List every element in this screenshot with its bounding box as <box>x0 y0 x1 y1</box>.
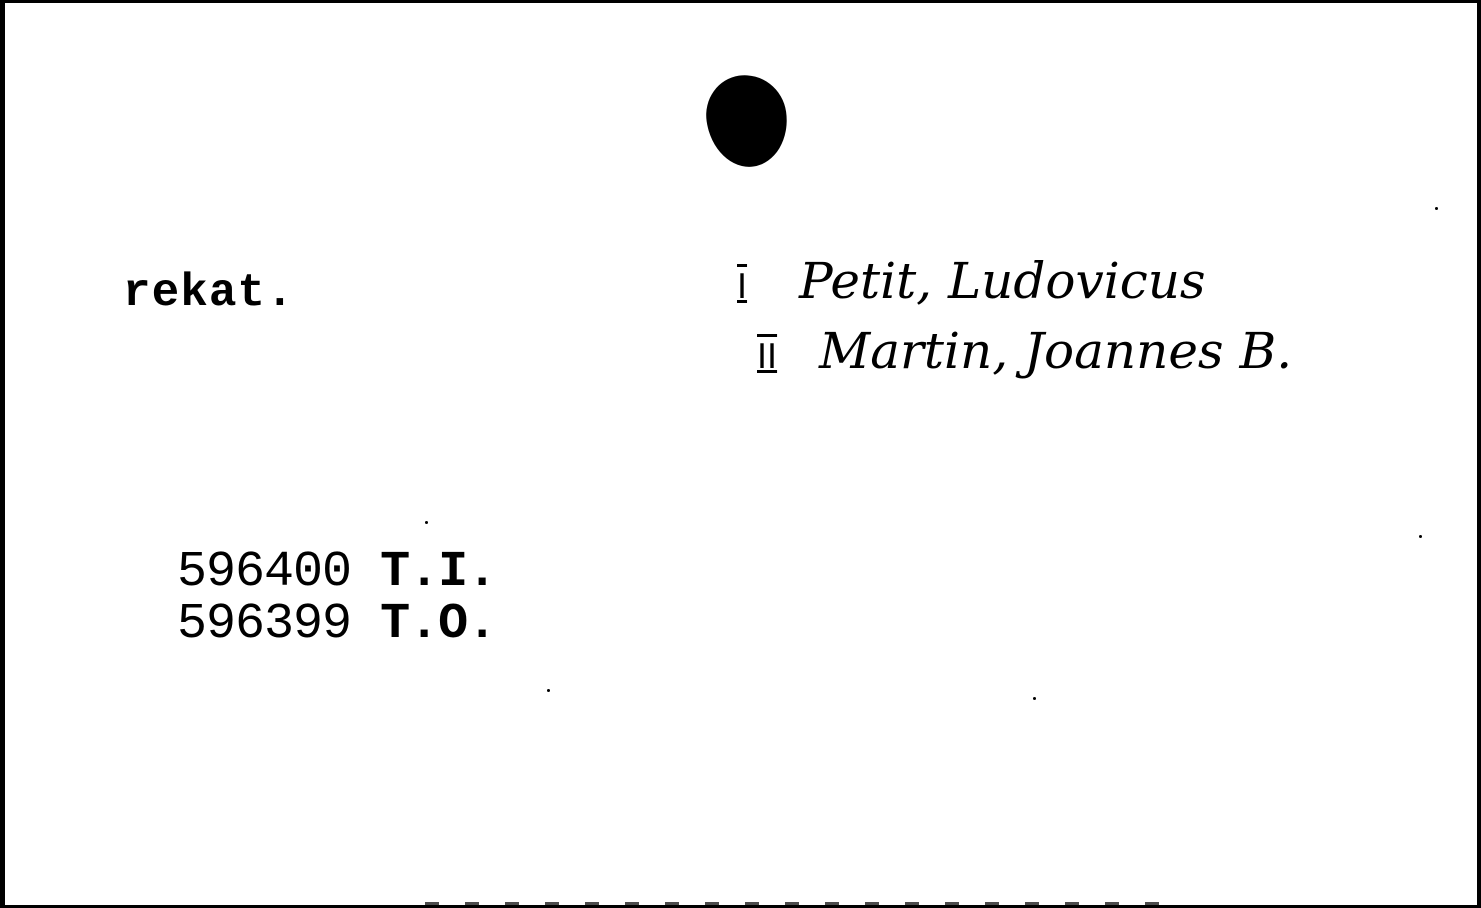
speck <box>1033 697 1036 700</box>
number-line-2: 596399 T.O. <box>61 550 496 700</box>
handwritten-entry-2: IIMartin, Joannes B. <box>757 321 1292 387</box>
punch-hole-icon <box>701 70 793 172</box>
roman-numeral: II <box>757 327 819 387</box>
speck <box>1435 207 1438 210</box>
entry-name: Martin, Joannes B. <box>819 322 1292 380</box>
call-number: 596399 <box>177 596 351 653</box>
roman-numeral: I <box>737 257 799 317</box>
entry-name: Petit, Ludovicus <box>799 252 1206 310</box>
status-note: rekat. <box>123 267 295 319</box>
edge-wear <box>425 902 1185 905</box>
speck <box>1419 535 1422 538</box>
handwritten-entry-1: IPetit, Ludovicus <box>737 251 1206 317</box>
number-code: T.O. <box>380 596 496 653</box>
speck <box>547 689 550 692</box>
catalog-card: rekat. 596400 T.I. 596399 T.O. IPetit, L… <box>5 3 1477 905</box>
speck <box>425 521 428 524</box>
